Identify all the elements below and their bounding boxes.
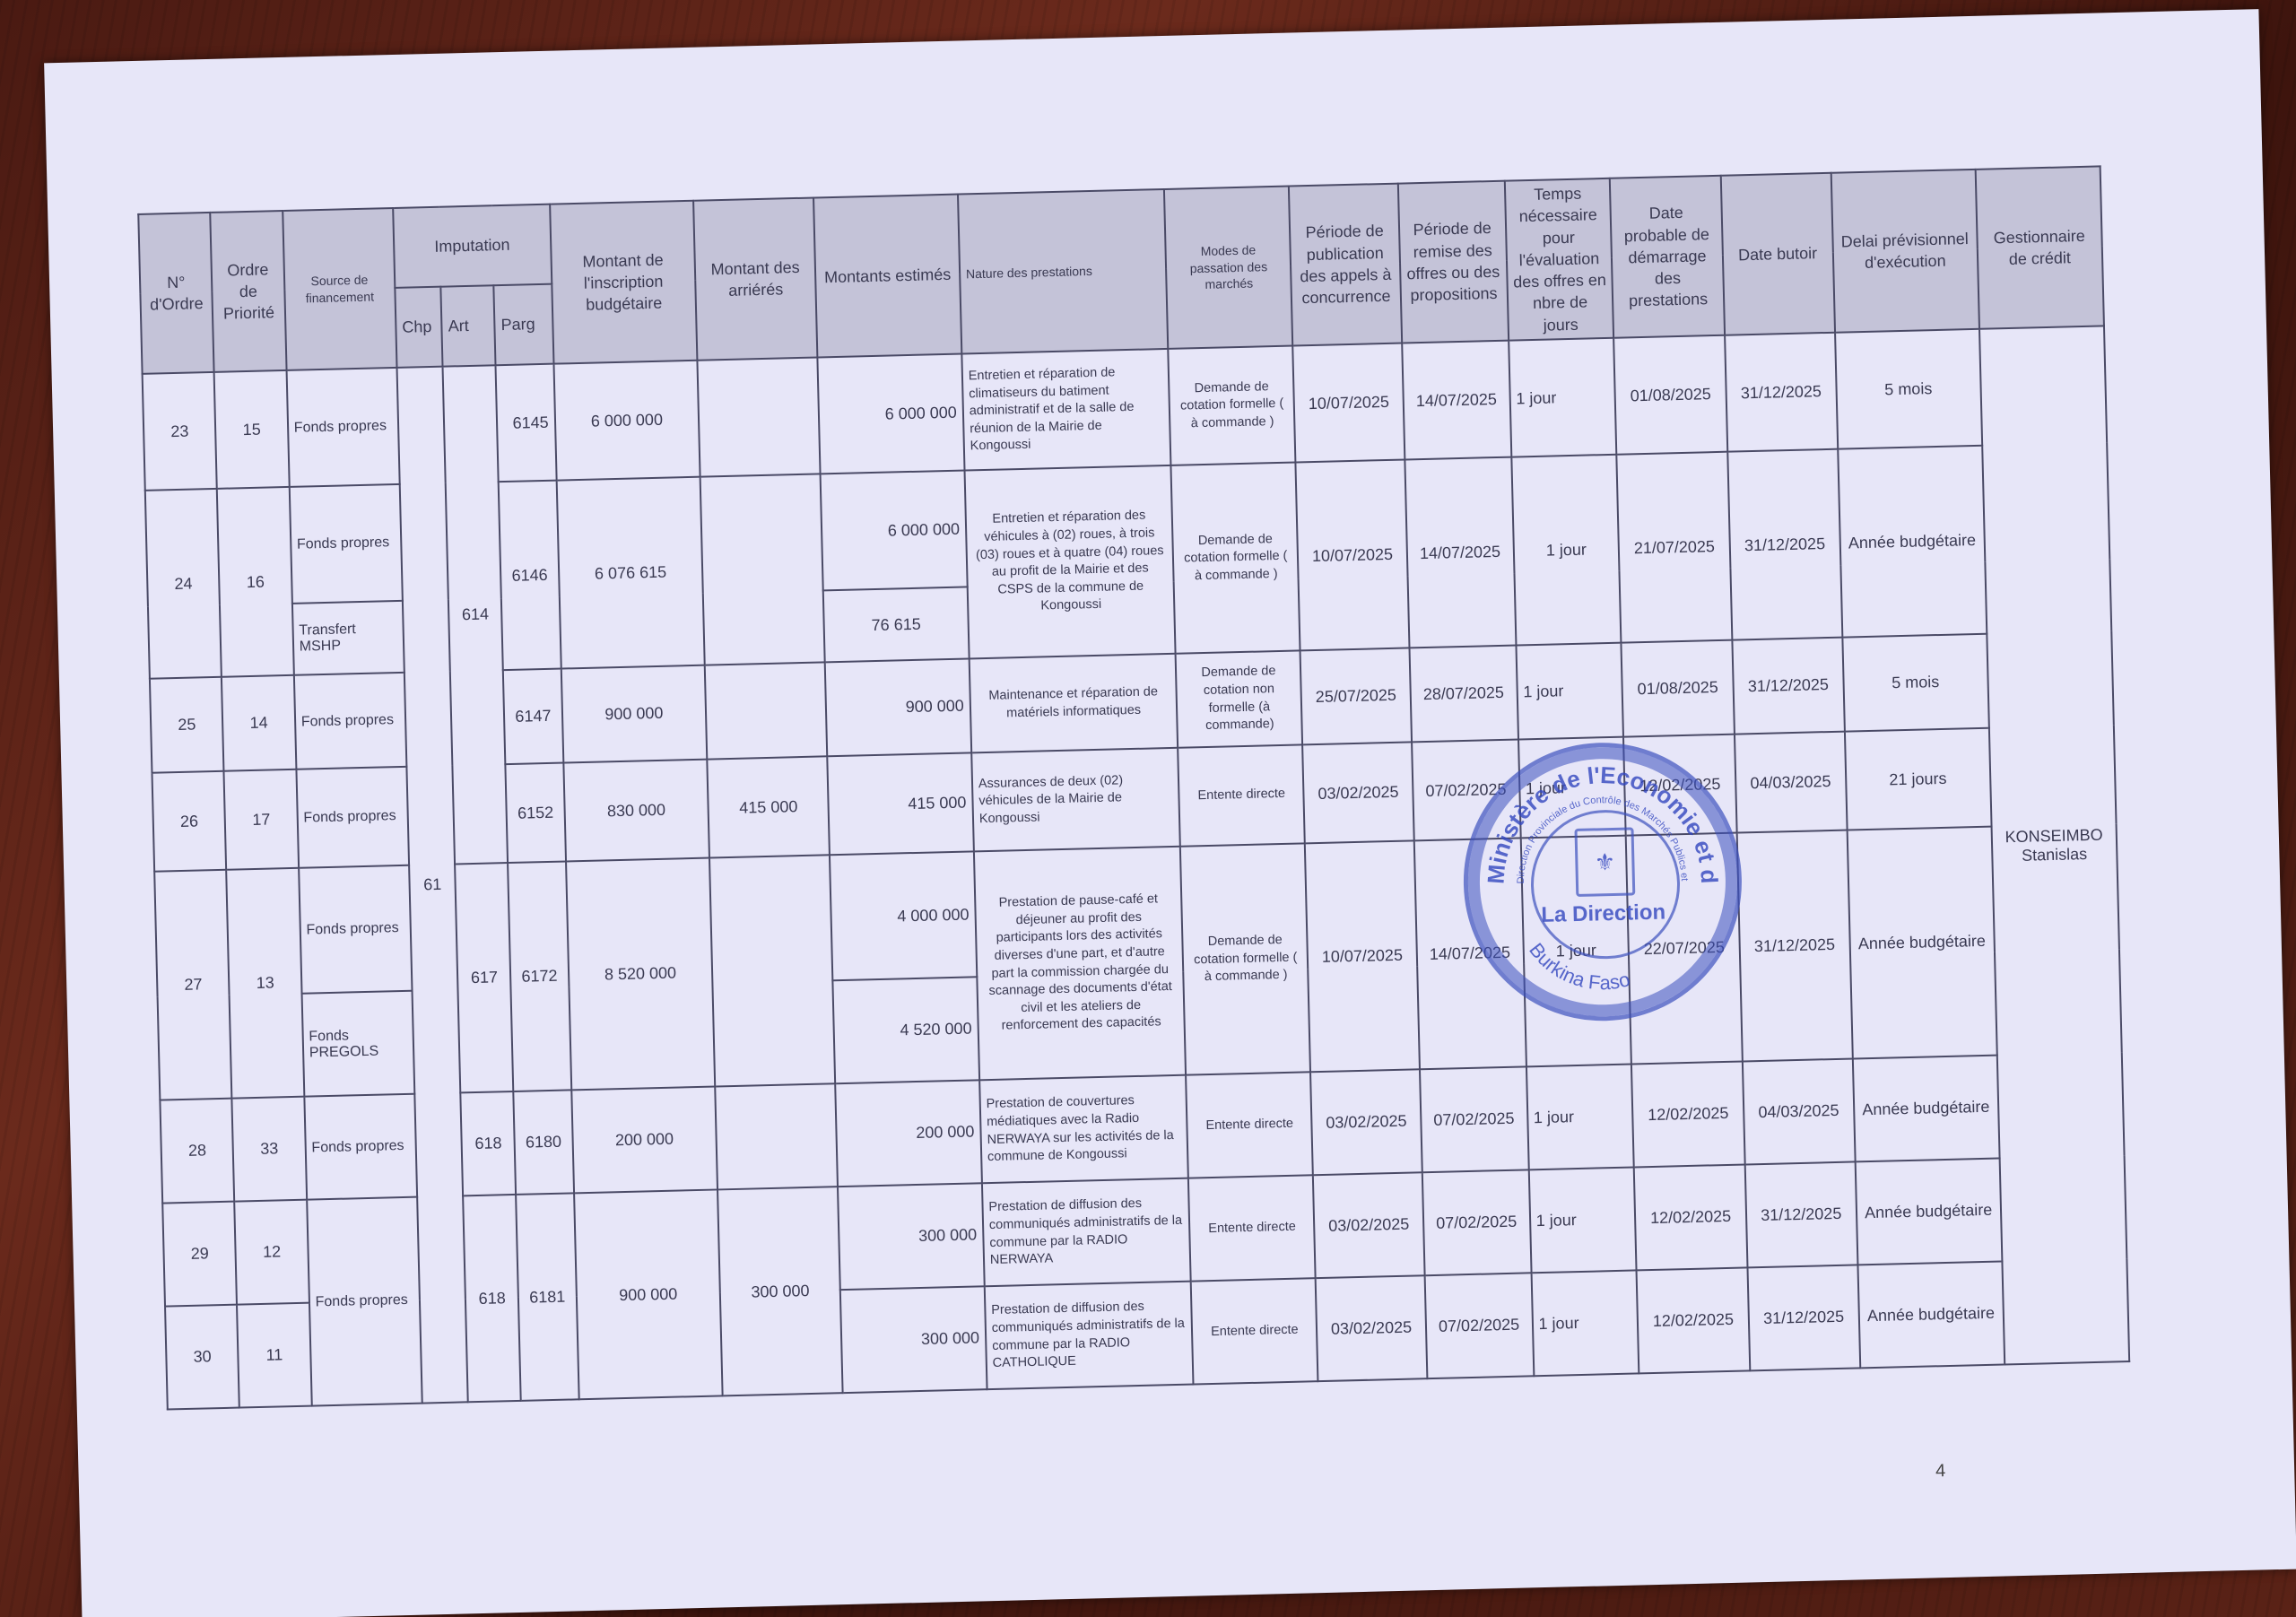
cell-nature: Maintenance et réparation de matériels i… <box>969 654 1178 753</box>
cell-butoir: 04/03/2025 <box>1742 1059 1855 1165</box>
cell-publication: 10/07/2025 <box>1296 460 1409 651</box>
cell-priorite: 16 <box>217 487 293 677</box>
cell-publication: 03/02/2025 <box>1316 1275 1427 1381</box>
cell-butoir: 04/03/2025 <box>1735 732 1848 833</box>
cell-mode: Entente directe <box>1186 1072 1313 1178</box>
header-montants-estimes: Montants estimés <box>813 195 961 358</box>
cell-butoir: 31/12/2025 <box>1725 333 1838 452</box>
header-source: Source de financement <box>283 208 397 370</box>
cell-inscription: 830 000 <box>563 760 709 862</box>
cell-publication: 03/02/2025 <box>1313 1172 1424 1278</box>
cell-priorite: 33 <box>232 1097 307 1202</box>
cell-nature: Assurances de deux (02) véhicules de la … <box>971 748 1180 852</box>
cell-inscription: 6 076 615 <box>556 477 705 669</box>
cell-evaluation: 1 jour <box>1528 1168 1637 1274</box>
cell-inscription: 900 000 <box>574 1190 723 1400</box>
cell-delai: Année budgétaire <box>1855 1159 2001 1265</box>
header-modes: Modes de passation des marchés <box>1164 187 1293 349</box>
cell-priorite: 13 <box>226 868 304 1099</box>
cell-publication: 10/07/2025 <box>1293 343 1405 463</box>
cell-estimes: 900 000 <box>825 659 971 757</box>
document-page: N° d'Ordre Ordre de Priorité Source de f… <box>44 9 2296 1617</box>
cell-delai: Année budgétaire <box>1857 1262 2004 1369</box>
cell-arrieres <box>709 855 835 1086</box>
cell-mode: Demande de cotation formelle ( à command… <box>1171 463 1300 654</box>
cell-demarrage: 12/02/2025 <box>1637 1268 1750 1374</box>
cell-priorite: 11 <box>237 1303 311 1408</box>
cell-source: Transfert MSHP <box>292 601 404 675</box>
cell-estimes: 300 000 <box>840 1286 987 1393</box>
cell-estimes: 6 000 000 <box>821 471 968 591</box>
cell-delai: 5 mois <box>1835 329 1982 449</box>
header-temps-evaluation: Temps nécessaire pour l'évaluation des o… <box>1504 178 1613 341</box>
header-nature: Nature des prestations <box>958 189 1169 354</box>
cell-remise: 07/02/2025 <box>1424 1273 1534 1378</box>
cell-parg: 6180 <box>514 1090 574 1195</box>
cell-demarrage: 12/02/2025 <box>1623 735 1736 836</box>
cell-demarrage: 12/02/2025 <box>1634 1165 1747 1271</box>
header-imputation: Imputation <box>393 204 552 288</box>
cell-nature: Prestation de diffusion des communiqués … <box>985 1282 1194 1390</box>
cell-butoir: 31/12/2025 <box>1732 638 1845 735</box>
header-montant-arrieres: Montant des arriérés <box>693 198 817 361</box>
header-delai: Delai prévisionnel d'exécution <box>1831 170 1979 333</box>
cell-source: Fonds propres <box>286 368 399 487</box>
cell-source: Fonds PREGOLS <box>301 991 414 1097</box>
cell-estimes: 4 000 000 <box>830 851 977 980</box>
cell-priorite: 12 <box>235 1200 309 1305</box>
cell-arrieres <box>700 474 825 665</box>
cell-evaluation: 1 jour <box>1516 643 1623 740</box>
header-periode-publication: Période de publication des appels à conc… <box>1289 184 1401 346</box>
cell-n: 24 <box>145 489 222 679</box>
cell-estimes: 4 520 000 <box>833 977 979 1083</box>
cell-priorite: 15 <box>214 370 289 489</box>
cell-art: 617 <box>455 863 513 1092</box>
cell-nature: Prestation de diffusion des communiqués … <box>982 1178 1191 1287</box>
cell-inscription: 900 000 <box>561 665 707 763</box>
cell-remise: 07/02/2025 <box>1412 740 1521 841</box>
cell-publication: 03/02/2025 <box>1303 742 1414 843</box>
cell-n: 23 <box>143 372 217 491</box>
cell-arrieres <box>715 1083 838 1189</box>
cell-delai: Année budgétaire <box>1847 827 1996 1059</box>
header-gestionnaire: Gestionnaire de crédit <box>1975 166 2104 328</box>
cell-demarrage: 22/07/2025 <box>1626 833 1742 1065</box>
cell-inscription: 6 000 000 <box>553 361 700 481</box>
header-montant-inscription: Montant de l'inscription budgétaire <box>550 201 698 364</box>
cell-source: Fonds propres <box>307 1197 422 1406</box>
cell-priorite: 14 <box>222 675 296 771</box>
cell-butoir: 31/12/2025 <box>1747 1265 1860 1371</box>
cell-parg: 6146 <box>499 481 561 671</box>
cell-art: 618 <box>463 1195 521 1402</box>
cell-source: Fonds propres <box>304 1094 417 1200</box>
cell-source: Fonds propres <box>289 484 402 604</box>
header-date-butoir: Date butoir <box>1720 173 1835 335</box>
header-chp: Chp <box>395 287 443 368</box>
cell-source: Fonds propres <box>296 767 409 868</box>
cell-delai: Année budgétaire <box>1853 1056 1999 1162</box>
cell-inscription: 8 520 000 <box>566 858 716 1091</box>
cell-publication: 03/02/2025 <box>1311 1069 1422 1175</box>
header-ordre-priorite: Ordre de Priorité <box>211 211 287 372</box>
header-periode-remise: Période de remise des offres ou des prop… <box>1397 181 1508 343</box>
cell-publication: 10/07/2025 <box>1305 840 1419 1072</box>
cell-evaluation: 1 jour <box>1518 737 1626 839</box>
cell-remise: 28/07/2025 <box>1409 646 1518 743</box>
cell-nature: Prestation de pause-café et déjeuner au … <box>974 847 1187 1081</box>
cell-arrieres: 300 000 <box>717 1187 843 1395</box>
cell-estimes: 415 000 <box>827 752 973 855</box>
header-date-demarrage: Date probable de démarrage des prestatio… <box>1610 176 1725 338</box>
cell-evaluation: 1 jour <box>1511 455 1622 646</box>
cell-source: Fonds propres <box>294 673 407 769</box>
cell-source: Fonds propres <box>299 865 413 994</box>
cell-mode: Entente directe <box>1191 1278 1318 1384</box>
cell-mode: Demande de cotation formelle ( à command… <box>1180 843 1310 1074</box>
cell-butoir: 31/12/2025 <box>1727 449 1842 640</box>
cell-n: 26 <box>152 771 226 872</box>
header-n-ordre: N° d'Ordre <box>138 213 214 374</box>
header-row: N° d'Ordre Ordre de Priorité Source de f… <box>138 166 2102 293</box>
cell-n: 25 <box>150 677 224 773</box>
cell-remise: 14/07/2025 <box>1413 839 1526 1070</box>
cell-n: 28 <box>160 1099 234 1204</box>
cell-mode: Demande de cotation non formelle (à comm… <box>1176 650 1303 747</box>
cell-estimes: 76 615 <box>823 587 970 663</box>
cell-mode: Entente directe <box>1188 1175 1316 1281</box>
cell-arrieres <box>698 358 821 477</box>
cell-publication: 25/07/2025 <box>1300 648 1412 745</box>
cell-estimes: 300 000 <box>838 1183 984 1290</box>
cell-n: 27 <box>154 870 232 1100</box>
cell-arrieres <box>705 662 827 759</box>
cell-delai: 5 mois <box>1842 634 1988 732</box>
cell-remise: 07/02/2025 <box>1422 1169 1531 1275</box>
cell-remise: 14/07/2025 <box>1405 457 1516 648</box>
cell-priorite: 17 <box>224 769 299 870</box>
cell-mode: Demande de cotation formelle ( à command… <box>1168 346 1295 465</box>
header-art: Art <box>441 285 496 366</box>
cell-art: 618 <box>461 1091 517 1195</box>
cell-delai: 21 jours <box>1845 728 1991 830</box>
cell-nature: Entretien et réparation des véhicules à … <box>964 465 1175 659</box>
page-number: 4 <box>1935 1461 1946 1482</box>
cell-parg: 6145 <box>496 364 556 482</box>
cell-demarrage: 12/02/2025 <box>1631 1062 1744 1168</box>
cell-n: 29 <box>162 1202 237 1307</box>
cell-evaluation: 1 jour <box>1526 1065 1635 1170</box>
cell-remise: 14/07/2025 <box>1402 341 1511 460</box>
header-parg: Parg <box>494 284 553 366</box>
cell-mode: Entente directe <box>1178 744 1305 846</box>
cell-remise: 07/02/2025 <box>1420 1066 1529 1172</box>
cell-parg: 6147 <box>503 669 563 765</box>
procurement-plan-table: N° d'Ordre Ordre de Priorité Source de f… <box>137 165 2130 1410</box>
cell-inscription: 200 000 <box>571 1087 717 1194</box>
cell-nature: Prestation de couvertures médiatiques av… <box>979 1075 1188 1184</box>
cell-delai: Année budgétaire <box>1838 446 1987 638</box>
cell-n: 30 <box>165 1305 239 1410</box>
cell-evaluation: 1 jour <box>1520 836 1631 1067</box>
cell-estimes: 200 000 <box>835 1080 981 1187</box>
cell-gestionnaire: KONSEIMBO Stanislas <box>1979 326 2130 1364</box>
cell-nature: Entretien et réparation de climatiseurs … <box>961 349 1170 471</box>
cell-demarrage: 01/08/2025 <box>1614 335 1727 455</box>
cell-parg: 6181 <box>516 1193 578 1401</box>
cell-demarrage: 21/07/2025 <box>1617 452 1732 643</box>
cell-butoir: 31/12/2025 <box>1736 830 1852 1062</box>
cell-arrieres: 415 000 <box>708 756 831 857</box>
cell-parg: 6172 <box>508 862 570 1091</box>
cell-demarrage: 01/08/2025 <box>1622 640 1735 737</box>
cell-evaluation: 1 jour <box>1531 1271 1639 1377</box>
cell-estimes: 6 000 000 <box>818 354 965 474</box>
cell-butoir: 31/12/2025 <box>1744 1162 1857 1268</box>
cell-parg: 6152 <box>506 763 566 864</box>
cell-evaluation: 1 jour <box>1509 338 1617 457</box>
